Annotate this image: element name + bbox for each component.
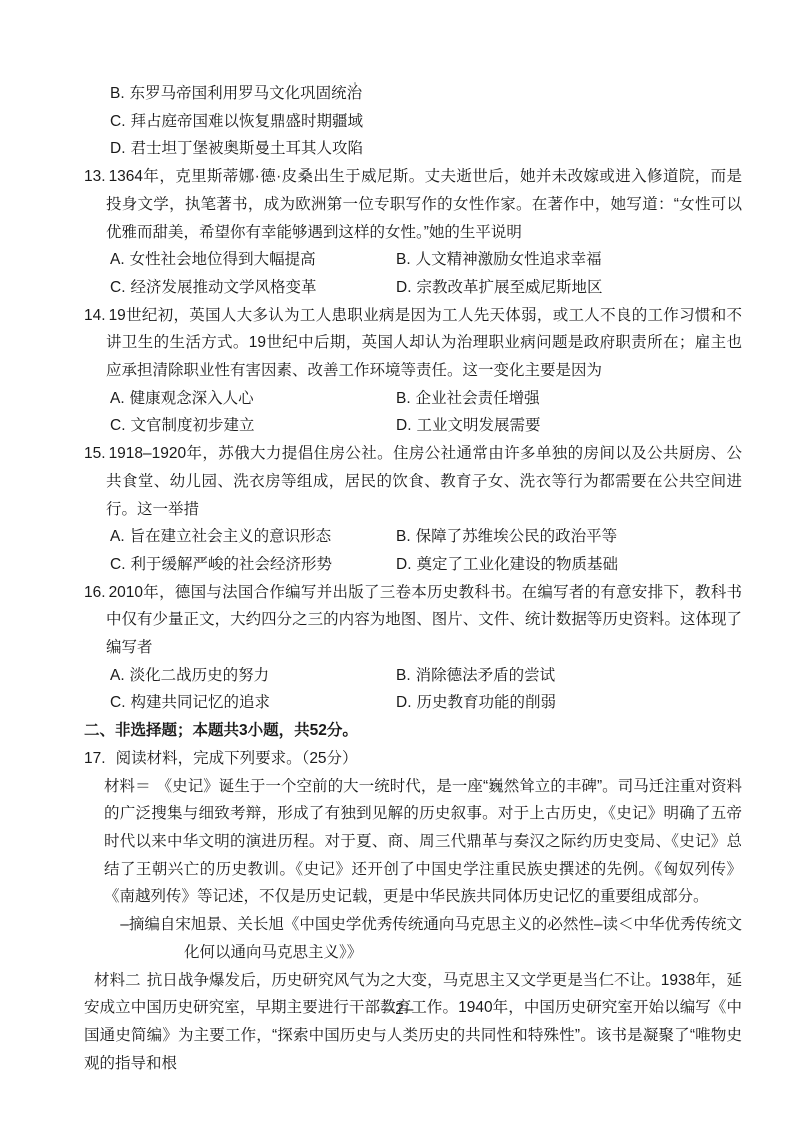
q16-option-b: B.消除德法矛盾的尝试 — [396, 662, 742, 690]
option-text: 奠定了工业化建设的物质基础 — [417, 556, 619, 573]
option-key: C. — [110, 694, 126, 711]
question-stem: 13.1364年，克里斯蒂娜·德·皮桑出生于威尼斯。丈夫逝世后，她并未改嫁或进入… — [84, 163, 742, 246]
option-key: B. — [396, 390, 411, 407]
material-one-paragraph: 材料＝《史记》诞生于一个空前的大一统时代，是一座“巍然耸立的丰碑”。司马迁注重对… — [104, 773, 742, 912]
question-13: 13.1364年，克里斯蒂娜·德·皮桑出生于威尼斯。丈夫逝世后，她并未改嫁或进入… — [84, 163, 742, 302]
option-key: B. — [396, 528, 411, 545]
section-two-heading: 二、非选择题；本题共3小题，共52分。 — [84, 717, 742, 745]
option-text: 旨在建立社会主义的意识形态 — [130, 528, 332, 545]
material-one-text: 《史记》诞生于一个空前的大一统时代，是一座“巍然耸立的丰碑”。司马迁注重对资料的… — [104, 778, 742, 906]
option-key: A. — [110, 390, 125, 407]
question-options: A.旨在建立社会主义的意识形态 B.保障了苏维埃公民的政治平等 C.利于缓解严峻… — [84, 523, 742, 578]
q14-option-a: A.健康观念深入人心 — [110, 385, 396, 413]
question-intro-text: 阅读材料，完成下列要求。（25分） — [116, 750, 358, 767]
option-text: 经济发展推动文学风格变革 — [131, 279, 317, 296]
question-number: 17. — [84, 750, 106, 767]
question-15: 15.1918–1920年，苏俄大力提倡住房公社。住房公社通常由许多单独的房间以… — [84, 440, 742, 579]
q12-option-c: C.拜占庭帝国难以恢复鼎盛时期疆域 — [84, 108, 742, 136]
option-key: B. — [110, 85, 125, 102]
option-text: 拜占庭帝国难以恢复鼎盛时期疆域 — [131, 113, 364, 130]
question-text: 1364年，克里斯蒂娜·德·皮桑出生于威尼斯。丈夫逝世后，她并未改嫁或进入修道院… — [106, 168, 742, 240]
q14-option-d: D.工业文明发展需要 — [396, 412, 742, 440]
q15-option-d: D.奠定了工业化建设的物质基础 — [396, 551, 742, 579]
q15-option-b: B.保障了苏维埃公民的政治平等 — [396, 523, 742, 551]
question-17-intro: 17.阅读材料，完成下列要求。（25分） — [84, 745, 742, 773]
question-number: 15. — [84, 445, 106, 462]
q15-option-a: A.旨在建立社会主义的意识形态 — [110, 523, 396, 551]
option-text: 企业社会责任增强 — [416, 390, 540, 407]
option-key: C. — [110, 279, 126, 296]
option-text: 消除德法矛盾的尝试 — [416, 667, 556, 684]
option-key: D. — [396, 556, 412, 573]
option-text: 淡化二战历史的努力 — [130, 667, 270, 684]
question-stem: 14.19世纪初，英国人大多认为工人患职业病是因为工人先天体弱，或工人不良的工作… — [84, 302, 742, 385]
citation-line-2: 化何以通向马克思主义》》 — [84, 939, 742, 967]
option-text: 女性社会地位得到大幅提高 — [130, 251, 316, 268]
option-text: 人文精神激励女性追求幸福 — [416, 251, 602, 268]
material-one-label: 材料＝ — [104, 778, 151, 795]
option-key: D. — [396, 279, 412, 296]
question-text: 1918–1920年，苏俄大力提倡住房公社。住房公社通常由许多单独的房间以及公共… — [106, 445, 742, 517]
option-text: 文官制度初步建立 — [131, 417, 255, 434]
question-16: 16.2010年，德国与法国合作编写并出版了三卷本历史教科书。在编写者的有意安排… — [84, 579, 742, 718]
option-key: D. — [110, 140, 126, 157]
question-options: A.健康观念深入人心 B.企业社会责任增强 C.文官制度初步建立 D.工业文明发… — [84, 385, 742, 440]
q13-option-a: A.女性社会地位得到大幅提高 — [110, 246, 396, 274]
question-number: 14. — [84, 307, 106, 324]
question-text: 2010年，德国与法国合作编写并出版了三卷本历史教科书。在编写者的有意安排下，教… — [106, 584, 742, 656]
option-key: A. — [110, 667, 125, 684]
page-content: B.东罗马帝国利用罗马文化巩固统治 C.拜占庭帝国难以恢复鼎盛时期疆域 D.君士… — [84, 80, 742, 1077]
question-text: 19世纪初，英国人大多认为工人患职业病是因为工人先天体弱，或工人不良的工作习惯和… — [106, 307, 742, 379]
q14-option-c: C.文官制度初步建立 — [110, 412, 396, 440]
q12-option-d: D.君士坦丁堡被奥斯曼土耳其人攻陷 — [84, 135, 742, 163]
q12-option-b: B.东罗马帝国利用罗马文化巩固统治 — [84, 80, 742, 108]
option-text: 东罗马帝国利用罗马文化巩固统治 — [130, 85, 363, 102]
option-text: 健康观念深入人心 — [130, 390, 254, 407]
option-key: C. — [110, 417, 126, 434]
question-number: 16. — [84, 584, 106, 601]
q13-option-c: C.经济发展推动文学风格变革 — [110, 274, 396, 302]
option-key: D. — [396, 417, 412, 434]
page-number: –2– — [0, 996, 800, 1024]
citation-line-1: –摘编自宋旭景、关长旭《中国史学优秀传统通向马克思主义的必然性–读＜中华优秀传统… — [84, 911, 742, 939]
q13-option-b: B.人文精神激励女性追求幸福 — [396, 246, 742, 274]
option-text: 构建共同记忆的追求 — [131, 694, 271, 711]
option-text: 工业文明发展需要 — [417, 417, 541, 434]
option-text: 历史教育功能的削弱 — [417, 694, 557, 711]
option-key: C. — [110, 113, 126, 130]
option-text: 君士坦丁堡被奥斯曼土耳其人攻陷 — [131, 140, 364, 157]
question-stem: 15.1918–1920年，苏俄大力提倡住房公社。住房公社通常由许多单独的房间以… — [84, 440, 742, 523]
option-key: B. — [396, 251, 411, 268]
option-key: B. — [396, 667, 411, 684]
option-text: 保障了苏维埃公民的政治平等 — [416, 528, 618, 545]
option-key: A. — [110, 528, 125, 545]
question-14: 14.19世纪初，英国人大多认为工人患职业病是因为工人先天体弱，或工人不良的工作… — [84, 302, 742, 441]
q13-option-d: D.宗教改革扩展至威尼斯地区 — [396, 274, 742, 302]
material-two-label: 材料二 — [94, 972, 141, 989]
option-key: D. — [396, 694, 412, 711]
question-stem: 16.2010年，德国与法国合作编写并出版了三卷本历史教科书。在编写者的有意安排… — [84, 579, 742, 662]
question-number: 13. — [84, 168, 106, 185]
q16-option-a: A.淡化二战历史的努力 — [110, 662, 396, 690]
question-options: A.女性社会地位得到大幅提高 B.人文精神激励女性追求幸福 C.经济发展推动文学… — [84, 246, 742, 301]
option-text: 利于缓解严峻的社会经济形势 — [131, 556, 333, 573]
option-text: 宗教改革扩展至威尼斯地区 — [417, 279, 603, 296]
q14-option-b: B.企业社会责任增强 — [396, 385, 742, 413]
q16-option-d: D.历史教育功能的削弱 — [396, 689, 742, 717]
exam-paper-page: B.东罗马帝国利用罗马文化巩固统治 C.拜占庭帝国难以恢复鼎盛时期疆域 D.君士… — [0, 0, 800, 1132]
question-options: A.淡化二战历史的努力 B.消除德法矛盾的尝试 C.构建共同记忆的追求 D.历史… — [84, 662, 742, 717]
q16-option-c: C.构建共同记忆的追求 — [110, 689, 396, 717]
q15-option-c: C.利于缓解严峻的社会经济形势 — [110, 551, 396, 579]
option-key: C. — [110, 556, 126, 573]
option-key: A. — [110, 251, 125, 268]
